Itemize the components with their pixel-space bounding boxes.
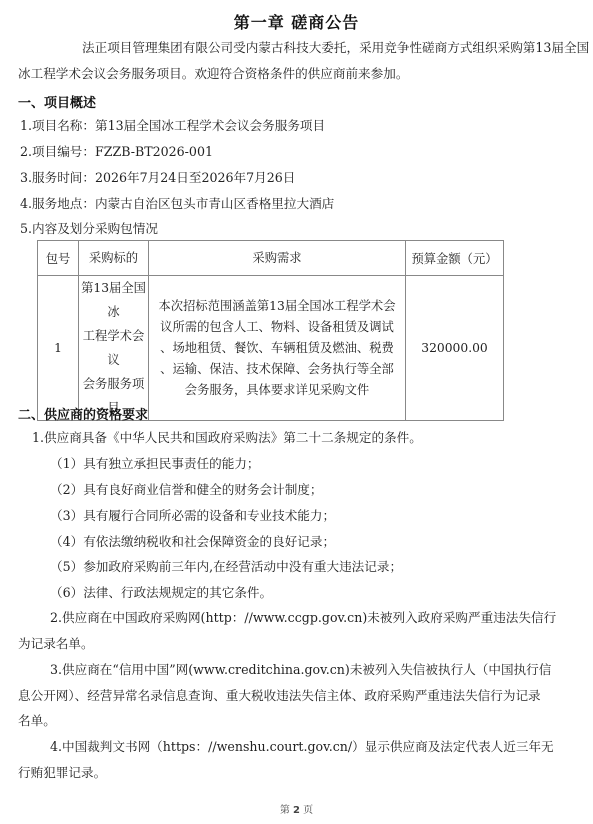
qualification-item-1: 1.供应商具备《中华人民共和国政府采购法》第二十二条规定的条件。 — [32, 430, 422, 446]
footer-suffix: 页 — [303, 805, 313, 816]
section-heading-qualifications: 二、供应商的资格要求 — [18, 404, 148, 423]
procurement-package-table: 包号 采购标的 采购需求 预算金额（元） 1 第13届全国冰 工程学术会议 会务… — [37, 240, 504, 421]
header-budget: 预算金额（元） — [406, 241, 504, 276]
section-heading-overview: 一、项目概述 — [18, 92, 96, 111]
qualification-subitem: （1）具有独立承担民事责任的能力； — [50, 456, 260, 472]
qualification-item-3-line-2: 息公开网）、经营异常名录信息查询、重大税收违法失信主体、政府采购严重违法失信行为… — [18, 688, 541, 704]
cell-budget: 320000.00 — [406, 276, 504, 421]
qualification-item-2-line-2: 为记录名单。 — [18, 636, 94, 652]
subject-line: 工程学术会议 — [79, 324, 148, 372]
overview-item-packages: 5.内容及划分采购包情况 — [20, 221, 158, 237]
header-package-no: 包号 — [38, 241, 79, 276]
overview-item-project-number: 2.项目编号：FZZB-BT2026-001 — [20, 144, 213, 160]
qualification-subitem: （2）具有良好商业信誉和健全的财务会计制度； — [50, 482, 322, 498]
requirement-line: 会务服务，具体要求详见采购文件 — [149, 380, 405, 401]
subject-line: 第13届全国冰 — [79, 276, 148, 324]
qualification-subitem: （5）参加政府采购前三年内,在经营活动中没有重大违法记录； — [50, 559, 402, 575]
requirement-line: 本次招标范围涵盖第13届全国冰工程学术会 — [149, 296, 405, 317]
table-row: 1 第13届全国冰 工程学术会议 会务服务项目 本次招标范围涵盖第13届全国冰工… — [38, 276, 504, 421]
overview-item-service-location: 4.服务地点：内蒙古自治区包头市青山区香格里拉大酒店 — [20, 196, 334, 212]
requirement-line: 议所需的包含人工、物料、设备租赁及调试 — [149, 317, 405, 338]
requirement-line: 、场地租赁、餐饮、车辆租赁及燃油、税费 — [149, 338, 405, 359]
qualification-item-2-line-1: 2.供应商在中国政府采购网(http：//www.ccgp.gov.cn)未被列… — [50, 610, 556, 626]
qualification-subitem: （4）有依法缴纳税收和社会保障资金的良好记录； — [50, 534, 335, 550]
overview-item-service-time: 3.服务时间：2026年7月24日至2026年7月26日 — [20, 170, 295, 186]
qualification-item-4-line-1: 4.中国裁判文书网（https：//wenshu.court.gov.cn/）显… — [50, 739, 554, 755]
qualification-subitem: （3）具有履行合同所必需的设备和专业技术能力； — [50, 508, 335, 524]
table-header-row: 包号 采购标的 采购需求 预算金额（元） — [38, 241, 504, 276]
intro-line-1: 法正项目管理集团有限公司受内蒙古科技大委托，采用竞争性磋商方式组织采购第13届全… — [82, 40, 589, 56]
footer-page-number: 2 — [293, 805, 300, 816]
header-subject: 采购标的 — [79, 241, 149, 276]
footer-prefix: 第 — [280, 805, 290, 816]
qualification-item-3-line-3: 名单。 — [18, 713, 56, 729]
cell-requirement: 本次招标范围涵盖第13届全国冰工程学术会 议所需的包含人工、物料、设备租赁及调试… — [149, 276, 406, 421]
cell-package-no: 1 — [38, 276, 79, 421]
cell-subject: 第13届全国冰 工程学术会议 会务服务项目 — [79, 276, 149, 421]
overview-item-project-name: 1.项目名称：第13届全国冰工程学术会议会务服务项目 — [20, 118, 325, 134]
qualification-item-4-line-2: 行贿犯罪记录。 — [18, 765, 106, 781]
qualification-subitem: （6）法律、行政法规规定的其它条件。 — [50, 585, 272, 601]
page-number-footer: 第 2 页 — [0, 801, 593, 816]
header-requirement: 采购需求 — [149, 241, 406, 276]
page-title: 第一章 磋商公告 — [0, 10, 593, 33]
intro-line-2: 冰工程学术会议会务服务项目。欢迎符合资格条件的供应商前来参加。 — [18, 66, 408, 82]
qualification-item-3-line-1: 3.供应商在“信用中国”网(www.creditchina.gov.cn)未被列… — [50, 662, 551, 678]
requirement-line: 、运输、保洁、技术保障、会务执行等全部 — [149, 359, 405, 380]
